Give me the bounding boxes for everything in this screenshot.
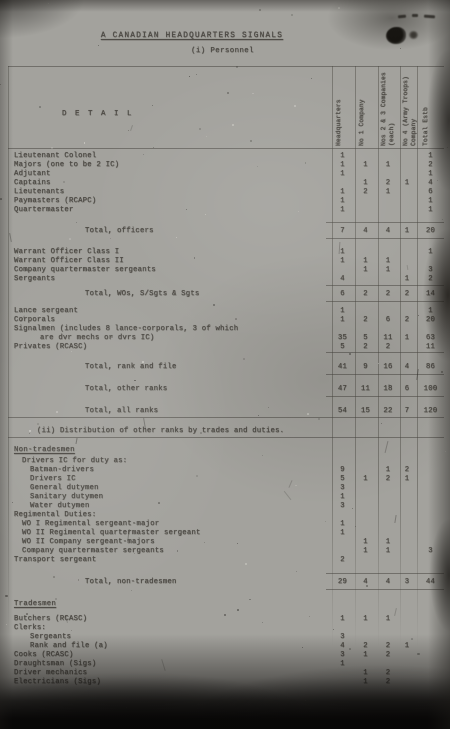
table-cell: 120 bbox=[417, 407, 444, 416]
table-cell: 20 bbox=[417, 227, 444, 236]
table-row: Warrant Officer Class I11 bbox=[0, 248, 450, 257]
noise-speck bbox=[19, 255, 20, 256]
table-row: Water dutymen3 bbox=[0, 502, 450, 511]
table-row: Batman-drivers912 bbox=[0, 466, 450, 475]
table-cell: 9 bbox=[332, 466, 353, 475]
table-cell: 14 bbox=[417, 290, 444, 299]
table-row: Electricians (Sigs)12 bbox=[0, 678, 450, 687]
table-cell: 2 bbox=[378, 678, 398, 687]
noise-speck bbox=[29, 433, 31, 435]
table-cell: 4 bbox=[399, 363, 415, 372]
table-row: WO I Regimental sergeant-major1 bbox=[0, 520, 450, 529]
table-cell: 3 bbox=[332, 502, 353, 511]
row-label: General dutymen bbox=[30, 484, 99, 493]
noise-speck bbox=[26, 613, 28, 615]
table-cell: 1 bbox=[378, 161, 398, 170]
table-cell: 3 bbox=[332, 651, 353, 660]
table-cell: 1 bbox=[417, 152, 444, 161]
table-cell: 2 bbox=[417, 161, 444, 170]
noise-speck bbox=[411, 638, 413, 640]
column-header-nos2-3-companies: Nos 2 & 3 Companies (each) bbox=[380, 68, 395, 146]
table-row: Majors (one to be 2 IC)1112 bbox=[0, 161, 450, 170]
noise-speck bbox=[349, 648, 351, 650]
dark-mark bbox=[398, 15, 406, 19]
table-row: Clerks: bbox=[0, 624, 450, 633]
table-cell: 4 bbox=[332, 642, 353, 651]
table-row: Lance sergeant11 bbox=[0, 307, 450, 316]
row-label: Butchers (RCASC) bbox=[14, 615, 87, 624]
table-cell: 1 bbox=[332, 615, 353, 624]
table-total-row: Total, other ranks4711186100 bbox=[0, 385, 450, 394]
row-label: Paymasters (RCAPC) bbox=[14, 197, 96, 206]
table-cell: 5 bbox=[355, 334, 376, 343]
noise-speck bbox=[224, 614, 226, 616]
table-cell: 2 bbox=[399, 290, 415, 299]
noise-speck bbox=[296, 571, 297, 572]
row-label: Company quartermaster sergeants bbox=[14, 266, 156, 275]
table-cell: 1 bbox=[378, 615, 398, 624]
noise-speck bbox=[69, 238, 71, 240]
noise-speck bbox=[37, 423, 39, 425]
column-header-total: Total Estb bbox=[422, 68, 430, 146]
ink-spot bbox=[409, 31, 418, 39]
noise-speck bbox=[6, 624, 7, 625]
noise-speck bbox=[235, 318, 237, 320]
table-cell: 1 bbox=[378, 257, 398, 266]
noise-speck bbox=[134, 380, 136, 382]
noise-speck bbox=[291, 14, 293, 16]
table-cell: 1 bbox=[332, 520, 353, 529]
rule-line bbox=[326, 573, 444, 574]
table-cell: 2 bbox=[332, 556, 353, 565]
row-label: Regimental Duties: bbox=[14, 511, 96, 520]
noise-speck bbox=[200, 432, 202, 434]
noise-speck bbox=[49, 324, 50, 325]
row-label: Majors (one to be 2 IC) bbox=[14, 161, 119, 170]
table-cell: 1 bbox=[355, 538, 376, 547]
rule-line bbox=[326, 374, 444, 375]
noise-speck bbox=[311, 78, 312, 79]
table-cell: 1 bbox=[332, 248, 353, 257]
table-row: Sergeants3 bbox=[0, 633, 450, 642]
table-cell: 1 bbox=[355, 257, 376, 266]
table-cell: 3 bbox=[332, 484, 353, 493]
table-cell: 2 bbox=[378, 179, 398, 188]
noise-speck bbox=[206, 136, 207, 137]
table-row: Adjutant11 bbox=[0, 170, 450, 179]
row-label: Captains bbox=[14, 179, 51, 188]
table-cell: 1 bbox=[332, 660, 353, 669]
noise-speck bbox=[196, 475, 198, 477]
rule-line bbox=[326, 396, 444, 397]
table-cell: 7 bbox=[332, 227, 353, 236]
rule-line bbox=[326, 589, 444, 590]
table-cell: 86 bbox=[417, 363, 444, 372]
table-cell: 1 bbox=[399, 179, 415, 188]
table-cell: 6 bbox=[332, 290, 353, 299]
table-cell: 41 bbox=[332, 363, 353, 372]
table-cell: 1 bbox=[378, 466, 398, 475]
table-row: Drivers IC5121 bbox=[0, 475, 450, 484]
table-cell: 35 bbox=[332, 334, 353, 343]
dark-mark bbox=[424, 15, 435, 19]
table-total-row: Total, WOs, S/Sgts & Sgts622214 bbox=[0, 290, 450, 299]
table-cell: 1 bbox=[399, 227, 415, 236]
non-tradesmen-heading: Non-tradesmen bbox=[14, 446, 75, 454]
table-cell: 6 bbox=[417, 188, 444, 197]
table-cell: 1 bbox=[355, 669, 376, 678]
table-cell: 4 bbox=[378, 578, 398, 587]
noise-speck bbox=[245, 563, 246, 564]
table-cell: 1 bbox=[355, 179, 376, 188]
table-cell: 18 bbox=[378, 385, 398, 394]
table-cell: 1 bbox=[332, 197, 353, 206]
table-row: WO II Regimental quartermaster sergeant1 bbox=[0, 529, 450, 538]
row-label: Drivers IC bbox=[30, 475, 76, 484]
table-cell: 1 bbox=[378, 547, 398, 556]
noise-speck bbox=[152, 105, 153, 106]
table-row: Signalmen (includes 8 lance-corporals, 3… bbox=[0, 325, 450, 334]
noise-speck bbox=[305, 700, 306, 701]
table-cell: 2 bbox=[355, 642, 376, 651]
noise-speck bbox=[39, 106, 41, 108]
table-total-row: Total, non-tradesmen2944344 bbox=[0, 578, 450, 587]
noise-speck bbox=[199, 128, 201, 130]
table-cell: 1 bbox=[332, 257, 353, 266]
table-row: General dutymen3 bbox=[0, 484, 450, 493]
row-label: Adjutant bbox=[14, 170, 51, 179]
table-cell: 1 bbox=[332, 206, 353, 215]
noise-speck bbox=[262, 455, 263, 456]
tradesmen-heading: Tradesmen bbox=[14, 600, 56, 608]
table-total-row: Total, all ranks5415227120 bbox=[0, 407, 450, 416]
row-label: Sergeants bbox=[14, 275, 55, 284]
row-label: Total, all ranks bbox=[85, 407, 158, 416]
noise-speck bbox=[98, 45, 99, 46]
noise-speck bbox=[298, 211, 299, 212]
noise-speck bbox=[126, 707, 127, 708]
table-row: Paymasters (RCAPC)11 bbox=[0, 197, 450, 206]
table-cell: 3 bbox=[332, 633, 353, 642]
table-cell: 4 bbox=[378, 227, 398, 236]
noise-speck bbox=[56, 411, 58, 413]
table-cell: 63 bbox=[417, 334, 444, 343]
noise-speck bbox=[48, 3, 49, 4]
section-ii-heading: (ii) Distribution of other ranks by trad… bbox=[37, 427, 284, 435]
table-cell: 2 bbox=[355, 188, 376, 197]
table-row: Draughtsman (Sigs)1 bbox=[0, 660, 450, 669]
table-cell: 100 bbox=[417, 385, 444, 394]
noise-speck bbox=[213, 304, 215, 306]
noise-speck bbox=[232, 124, 234, 126]
scratch-mark bbox=[384, 441, 388, 453]
row-label: Batman-drivers bbox=[30, 466, 94, 475]
table-cell: 2 bbox=[378, 669, 398, 678]
noise-speck bbox=[250, 140, 252, 142]
table-cell: 1 bbox=[399, 642, 415, 651]
noise-speck bbox=[381, 423, 382, 424]
row-label: Warrant Officer Class I bbox=[14, 248, 119, 257]
table-cell: 4 bbox=[417, 179, 444, 188]
table-total-row: Total, officers744120 bbox=[0, 227, 450, 236]
noise-speck bbox=[71, 351, 72, 352]
noise-speck bbox=[227, 92, 229, 94]
table-cell: 1 bbox=[332, 188, 353, 197]
noise-speck bbox=[259, 9, 261, 11]
table-cell: 3 bbox=[417, 266, 444, 275]
table-cell: 15 bbox=[355, 407, 376, 416]
noise-speck bbox=[76, 222, 77, 223]
noise-speck bbox=[143, 154, 144, 155]
table-row: Driver mechanics12 bbox=[0, 669, 450, 678]
row-label: Transport sergeant bbox=[14, 556, 96, 565]
noise-speck bbox=[307, 413, 309, 415]
row-label: Signalmen (includes 8 lance-corporals, 3… bbox=[14, 325, 238, 334]
rule-line bbox=[326, 352, 444, 353]
table-cell: 1 bbox=[417, 248, 444, 257]
noise-speck bbox=[63, 181, 65, 183]
table-row: Captains1214 bbox=[0, 179, 450, 188]
scratch-mark bbox=[130, 125, 133, 131]
table-cell: 5 bbox=[332, 475, 353, 484]
table-cell: 11 bbox=[378, 334, 398, 343]
table-cell: 1 bbox=[417, 197, 444, 206]
table-cell: 2 bbox=[417, 275, 444, 284]
row-label: WO I Regimental sergeant-major bbox=[22, 520, 159, 529]
noise-speck bbox=[442, 219, 443, 220]
noise-speck bbox=[236, 66, 238, 68]
table-cell: 1 bbox=[378, 266, 398, 275]
table-total-row: Total, rank and file41916486 bbox=[0, 363, 450, 372]
column-header-no1-company: No 1 Company bbox=[358, 68, 366, 146]
table-row: WO II Company sergeant-majors11 bbox=[0, 538, 450, 547]
table-row: Rank and file (a)4221 bbox=[0, 642, 450, 651]
row-label: WO II Company sergeant-majors bbox=[22, 538, 155, 547]
table-cell: 7 bbox=[399, 407, 415, 416]
row-label: Clerks: bbox=[14, 624, 46, 633]
detail-column-header: D E T A I L bbox=[62, 110, 134, 118]
noise-speck bbox=[5, 595, 7, 597]
table-row: Warrant Officer Class II111 bbox=[0, 257, 450, 266]
table-cell: 4 bbox=[332, 275, 353, 284]
row-label: Privates (RCASC) bbox=[14, 343, 87, 352]
row-label: Total, WOs, S/Sgts & Sgts bbox=[85, 290, 199, 299]
table-row: Company quartermaster sergeants113 bbox=[0, 547, 450, 556]
table-cell: 1 bbox=[355, 266, 376, 275]
row-label: Quartermaster bbox=[14, 206, 74, 215]
table-cell: 6 bbox=[378, 316, 398, 325]
table-cell: 2 bbox=[378, 290, 398, 299]
table-cell: 2 bbox=[399, 316, 415, 325]
table-row: Company quartermaster sergeants113 bbox=[0, 266, 450, 275]
table-cell: 1 bbox=[355, 651, 376, 660]
noise-speck bbox=[294, 105, 296, 107]
table-row: are dvr mechs or dvrs IC)35511163 bbox=[0, 334, 450, 343]
table-cell: 2 bbox=[355, 343, 376, 352]
table-cell: 4 bbox=[355, 227, 376, 236]
noise-speck bbox=[158, 502, 160, 504]
table-row: Quartermaster11 bbox=[0, 206, 450, 215]
table-cell: 1 bbox=[332, 493, 353, 502]
table-cell: 6 bbox=[399, 385, 415, 394]
table-row: Lieutenants1216 bbox=[0, 188, 450, 197]
row-label: Total, officers bbox=[85, 227, 154, 236]
row-label: are dvr mechs or dvrs IC) bbox=[40, 334, 154, 343]
noise-speck bbox=[131, 590, 132, 591]
table-cell: 22 bbox=[378, 407, 398, 416]
column-header-no4-company: No 4 (Army Troops) Company bbox=[402, 68, 417, 146]
row-label: Total, non-tradesmen bbox=[85, 578, 177, 587]
row-label: Total, other ranks bbox=[85, 385, 167, 394]
row-label: Sergeants bbox=[30, 633, 71, 642]
table-cell: 1 bbox=[355, 161, 376, 170]
noise-speck bbox=[237, 609, 239, 611]
dark-mark bbox=[412, 14, 418, 17]
noise-speck bbox=[196, 74, 197, 75]
table-cell: 2 bbox=[355, 316, 376, 325]
noise-speck bbox=[26, 269, 28, 271]
table-cell: 16 bbox=[378, 363, 398, 372]
table-cell: 2 bbox=[378, 343, 398, 352]
noise-speck bbox=[243, 358, 245, 360]
table-row: Sanitary dutymen1 bbox=[0, 493, 450, 502]
noise-speck bbox=[388, 384, 390, 386]
row-label: Company quartermaster sergeants bbox=[22, 547, 164, 556]
table-cell: 2 bbox=[378, 475, 398, 484]
table-row: Transport sergeant2 bbox=[0, 556, 450, 565]
table-cell: 44 bbox=[417, 578, 444, 587]
noise-speck bbox=[338, 7, 340, 9]
table-cell: 1 bbox=[355, 615, 376, 624]
table-cell: 1 bbox=[332, 529, 353, 538]
row-label: Driver mechanics bbox=[14, 669, 87, 678]
row-label: Drivers IC for duty as: bbox=[22, 457, 127, 466]
row-label: Water dutymen bbox=[30, 502, 90, 511]
noise-speck bbox=[55, 598, 57, 600]
table-row: Privates (RCASC)52211 bbox=[0, 343, 450, 352]
table-cell: 1 bbox=[417, 206, 444, 215]
noise-speck bbox=[39, 315, 40, 316]
rule-line bbox=[326, 238, 444, 239]
table-cell: 2 bbox=[399, 466, 415, 475]
table-cell: 54 bbox=[332, 407, 353, 416]
rule-line bbox=[326, 285, 444, 286]
row-label: Rank and file (a) bbox=[30, 642, 108, 651]
table-cell: 11 bbox=[355, 385, 376, 394]
table-cell: 5 bbox=[332, 343, 353, 352]
table-cell: 1 bbox=[399, 334, 415, 343]
table-cell: 3 bbox=[417, 547, 444, 556]
table-cell: 1 bbox=[378, 538, 398, 547]
table-cell: 1 bbox=[332, 161, 353, 170]
row-label: WO II Regimental quartermaster sergeant bbox=[22, 529, 201, 538]
table-cell: 1 bbox=[417, 170, 444, 179]
table-row: Sergeants412 bbox=[0, 275, 450, 284]
ink-blot bbox=[386, 27, 406, 44]
row-label: Lieutenants bbox=[14, 188, 64, 197]
table-row: Corporals126220 bbox=[0, 316, 450, 325]
row-label: Electricians (Sigs) bbox=[14, 678, 101, 687]
row-label: Lieutenant Colonel bbox=[14, 152, 96, 161]
noise-speck bbox=[142, 361, 144, 363]
noise-speck bbox=[18, 153, 19, 154]
table-row: Lieutenant Colonel11 bbox=[0, 152, 450, 161]
table-row: Cooks (RCASC)312 bbox=[0, 651, 450, 660]
noise-speck bbox=[0, 198, 2, 200]
table-cell: 1 bbox=[355, 678, 376, 687]
row-label: Draughtsman (Sigs) bbox=[14, 660, 96, 669]
table-cell: 2 bbox=[378, 651, 398, 660]
table-cell: 47 bbox=[332, 385, 353, 394]
noise-speck bbox=[302, 647, 303, 648]
table-cell: 1 bbox=[355, 475, 376, 484]
noise-speck bbox=[445, 451, 446, 452]
noise-speck bbox=[176, 237, 177, 238]
noise-speck bbox=[177, 550, 178, 551]
table-cell: 2 bbox=[355, 290, 376, 299]
noise-speck bbox=[447, 147, 448, 148]
noise-speck bbox=[325, 521, 326, 522]
table-cell: 2 bbox=[378, 642, 398, 651]
column-header-headquarters: Headquarters bbox=[335, 68, 343, 146]
noise-speck bbox=[0, 84, 1, 85]
table-cell: 1 bbox=[332, 307, 353, 316]
section-i-heading: (i) Personnel bbox=[0, 47, 445, 55]
scratch-mark bbox=[144, 418, 147, 429]
table-row: Regimental Duties: bbox=[0, 511, 450, 520]
table-cell: 9 bbox=[355, 363, 376, 372]
noise-speck bbox=[417, 653, 419, 655]
row-label: Cooks (RCASC) bbox=[14, 651, 74, 660]
table-cell: 20 bbox=[417, 316, 444, 325]
noise-speck bbox=[84, 142, 86, 144]
noise-speck bbox=[110, 238, 111, 239]
scratch-mark bbox=[76, 438, 78, 444]
table-cell: 29 bbox=[332, 578, 353, 587]
table-cell: 1 bbox=[399, 475, 415, 484]
table-row: Drivers IC for duty as: bbox=[0, 457, 450, 466]
table-cell: 1 bbox=[332, 152, 353, 161]
document-title: A CANADIAN HEADQUARTERS SIGNALS bbox=[0, 32, 384, 40]
noise-speck bbox=[418, 315, 419, 316]
row-label: Total, rank and file bbox=[85, 363, 177, 372]
noise-speck bbox=[249, 599, 251, 601]
rule-line bbox=[326, 301, 444, 302]
table-cell: 1 bbox=[355, 547, 376, 556]
noise-speck bbox=[378, 363, 379, 364]
table-cell: 1 bbox=[399, 275, 415, 284]
table-cell: 3 bbox=[399, 578, 415, 587]
noise-speck bbox=[189, 76, 190, 77]
table-cell: 1 bbox=[332, 316, 353, 325]
table-cell: 11 bbox=[417, 343, 444, 352]
noise-speck bbox=[145, 327, 146, 328]
noise-speck bbox=[12, 502, 13, 503]
row-label: Sanitary dutymen bbox=[30, 493, 103, 502]
table-cell: 1 bbox=[378, 188, 398, 197]
noise-speck bbox=[268, 407, 269, 408]
noise-speck bbox=[29, 430, 30, 431]
noise-speck bbox=[441, 371, 442, 372]
row-label: Warrant Officer Class II bbox=[14, 257, 124, 266]
table-cell: 1 bbox=[417, 307, 444, 316]
table-cell: 1 bbox=[332, 170, 353, 179]
document-page: A CANADIAN HEADQUARTERS SIGNALS (i) Pers… bbox=[0, 0, 450, 729]
noise-speck bbox=[318, 418, 320, 420]
rule-line bbox=[326, 222, 444, 223]
noise-speck bbox=[349, 353, 351, 355]
noise-speck bbox=[252, 93, 254, 95]
